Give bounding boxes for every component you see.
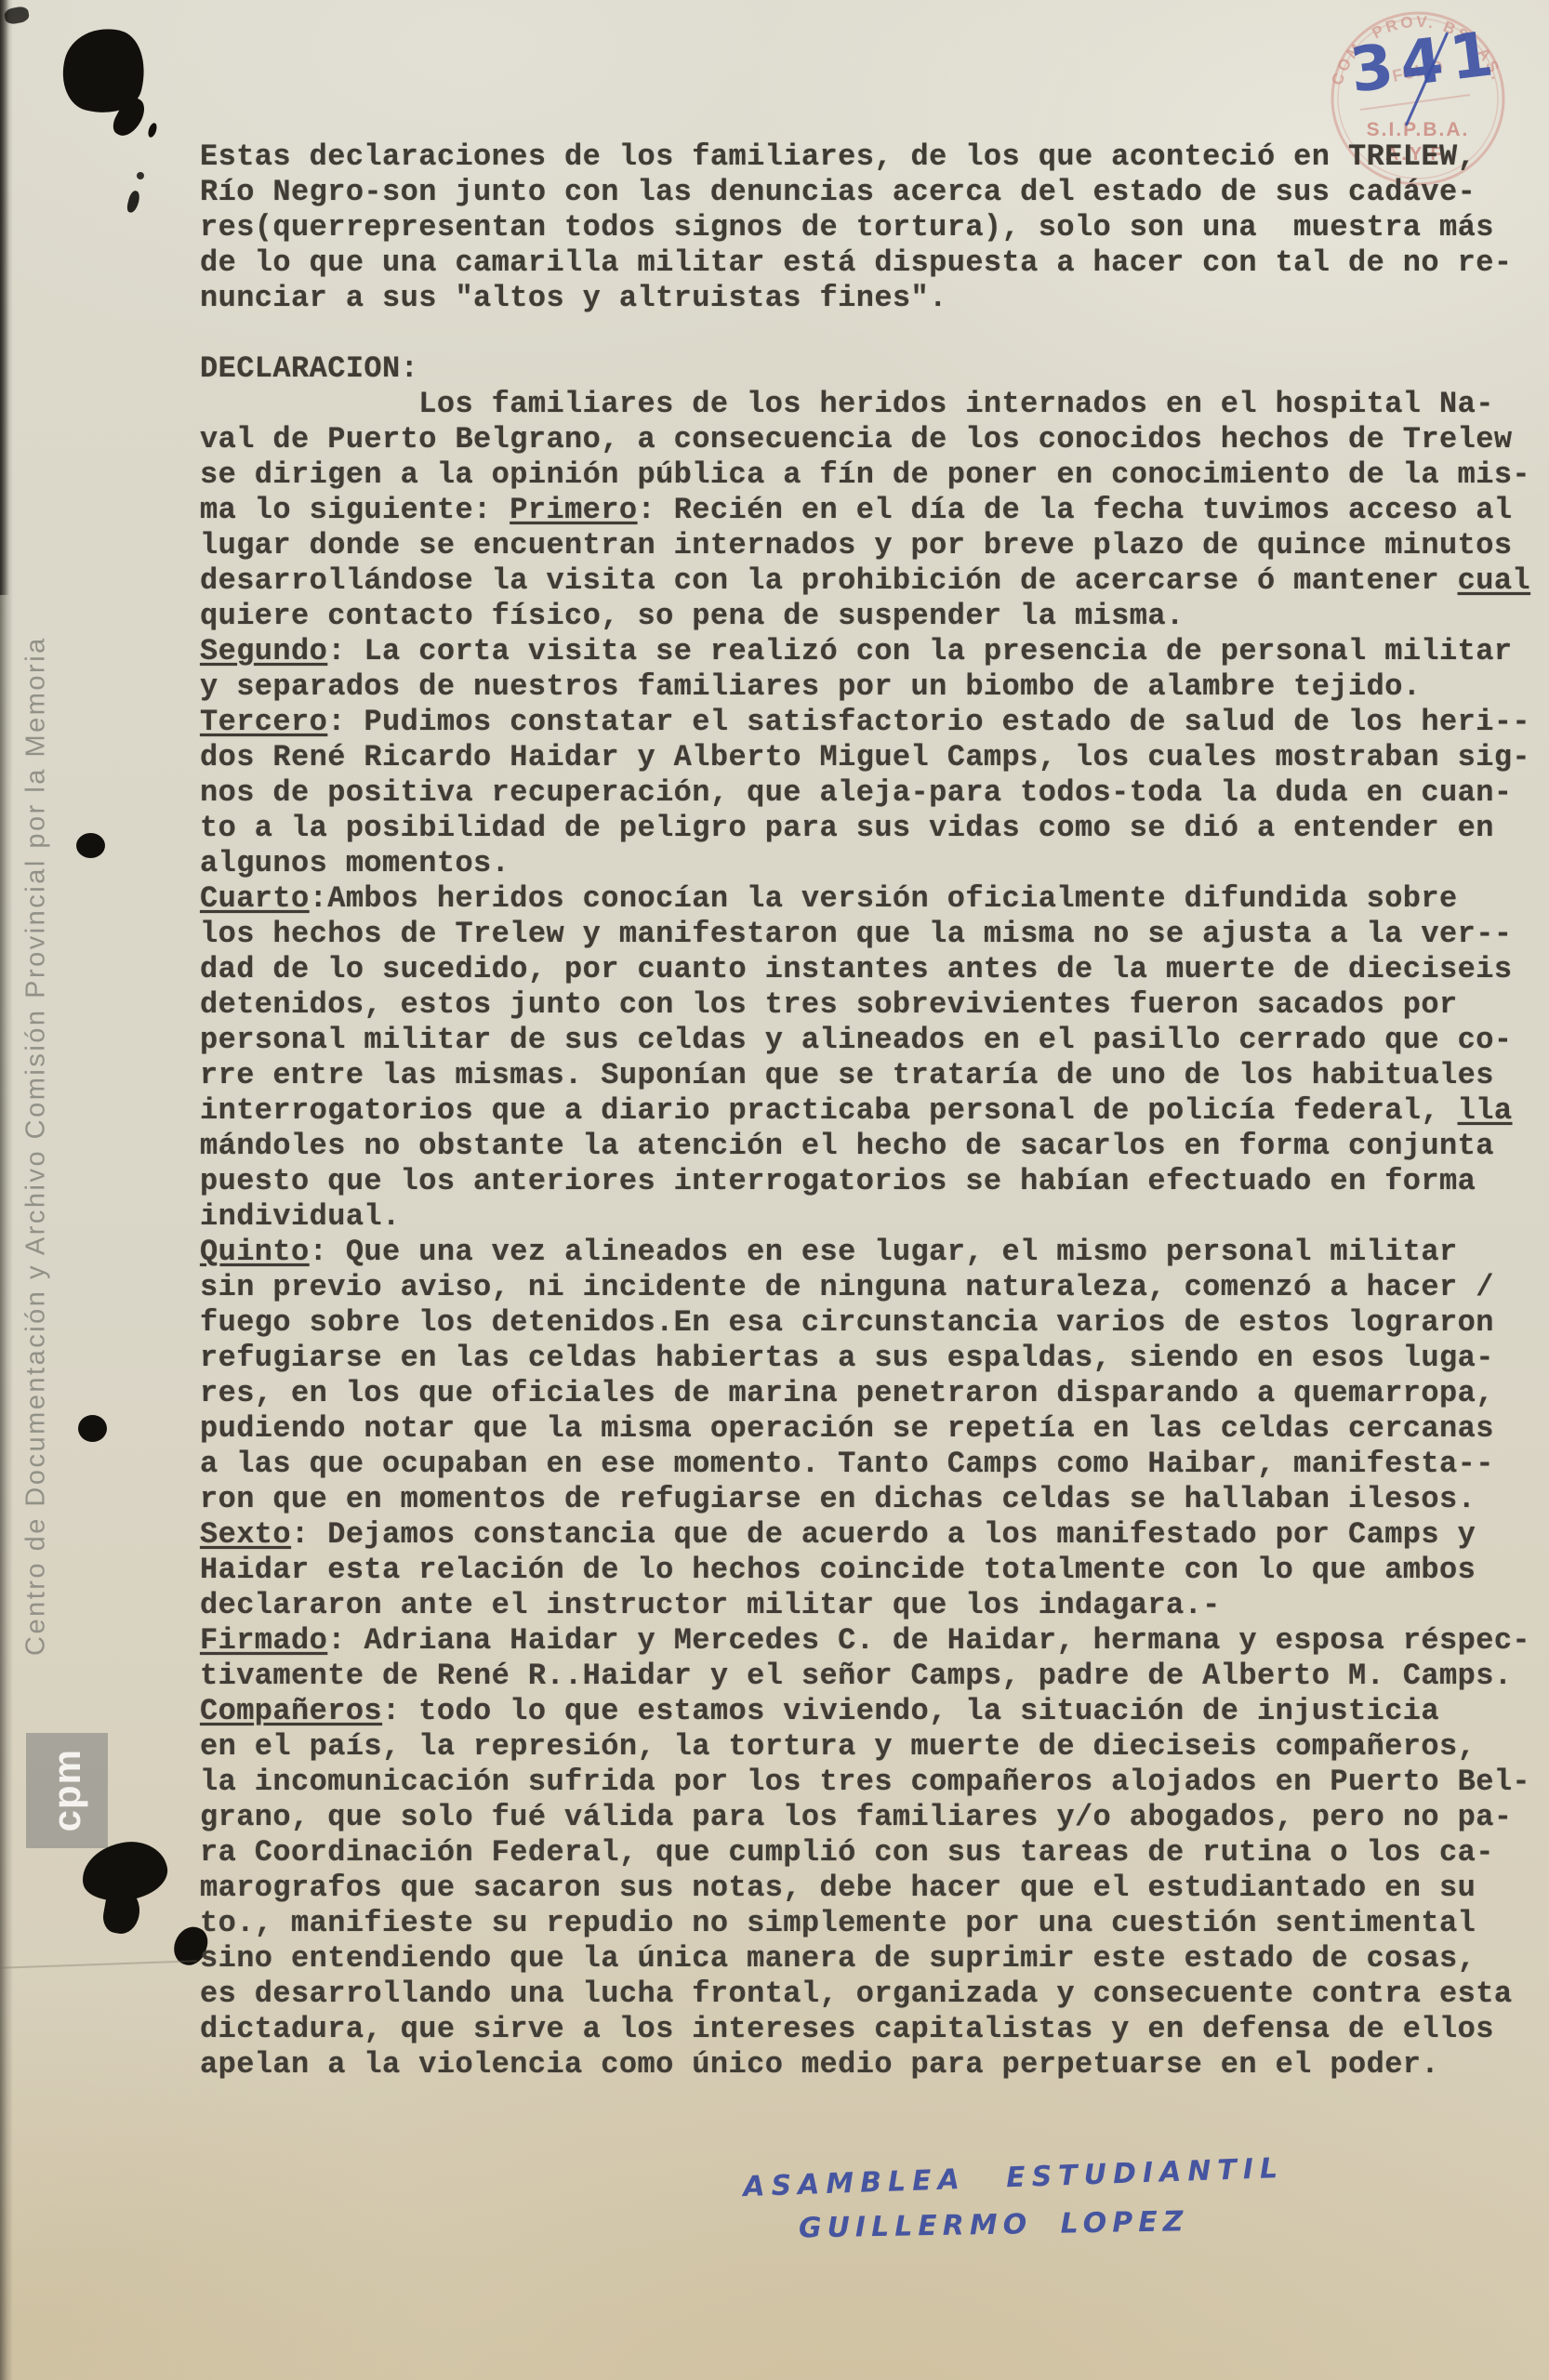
archive-logo-text: cpm xyxy=(45,1749,89,1831)
typewritten-line: dad de lo sucedido, por cuanto instantes… xyxy=(200,952,1548,987)
line-text: : Que una vez alineados en ese lugar, el… xyxy=(310,1235,1458,1269)
line-text: apelan a la violencia como único medio p… xyxy=(200,2047,1439,2082)
typewritten-line: Los familiares de los heridos internados… xyxy=(200,387,1548,422)
line-text: ron que en momentos de refugiarse en dic… xyxy=(200,1482,1476,1516)
line-text: Estas declaraciones de los familiares, d… xyxy=(200,139,1476,174)
typewritten-line: tivamente de René R..Haidar y el señor C… xyxy=(200,1659,1548,1694)
scan-edge-shadow-top xyxy=(0,0,9,595)
ink-speck xyxy=(147,122,159,139)
line-text: en el país, la represión, la tortura y m… xyxy=(200,1729,1476,1764)
line-text: pudiendo notar que la misma operación se… xyxy=(200,1411,1494,1446)
archive-watermark: Centro de Documentación y Archivo Comisi… xyxy=(15,521,58,1771)
typewritten-line: detenidos, estos junto con los tres sobr… xyxy=(200,987,1548,1023)
typewritten-line: quiere contacto físico, so pena de suspe… xyxy=(200,599,1548,634)
typewritten-line: dictadura, que sirve a los intereses cap… xyxy=(200,2012,1548,2047)
typewritten-line: Tercero: Pudimos constatar el satisfacto… xyxy=(200,705,1548,740)
line-text: : La corta visita se realizó con la pres… xyxy=(327,634,1512,668)
underlined-keyword: lla xyxy=(1458,1093,1513,1128)
line-text: DECLARACION: xyxy=(200,351,418,386)
line-text: los hechos de Trelew y manifestaron que … xyxy=(200,917,1512,951)
typewritten-line: nos de positiva recuperación, que aleja-… xyxy=(200,775,1548,811)
typewritten-line: los hechos de Trelew y manifestaron que … xyxy=(200,917,1548,952)
handwritten-signature: ASAMBLEA ESTUDIANTIL GUILLERMO LOPEZ xyxy=(743,2152,1287,2251)
typewritten-line xyxy=(200,316,1548,351)
underlined-keyword: Firmado xyxy=(200,1623,327,1658)
line-text: res(querrepresentan todos signos de tort… xyxy=(200,210,1494,245)
typewritten-line: se dirigen a la opinión pública a fín de… xyxy=(200,457,1548,493)
typewritten-line: desarrollándose la visita con la prohibi… xyxy=(200,563,1548,599)
typewritten-line: la incomunicación sufrida por los tres c… xyxy=(200,1765,1548,1800)
line-text: es desarrollando una lucha frontal, orga… xyxy=(200,1977,1512,2011)
typewritten-line: Cuarto:Ambos heridos conocían la versión… xyxy=(200,881,1548,917)
punch-hole-dot xyxy=(76,833,105,858)
line-text: to., manifieste su repudio no simplement… xyxy=(200,1906,1476,1940)
line-text: val de Puerto Belgrano, a consecuencia d… xyxy=(200,422,1512,456)
scanned-document-page: Centro de Documentación y Archivo Comisi… xyxy=(0,0,1549,2380)
punch-hole-dot xyxy=(78,1415,107,1442)
typewritten-line: mándoles no obstante la atención el hech… xyxy=(200,1129,1548,1164)
line-text: Río Negro-son junto con las denuncias ac… xyxy=(200,175,1476,209)
typewritten-line: sin previo aviso, ni incidente de ningun… xyxy=(200,1270,1548,1305)
line-text: se dirigen a la opinión pública a fín de… xyxy=(200,457,1530,492)
typewritten-line: es desarrollando una lucha frontal, orga… xyxy=(200,1977,1548,2012)
line-text: lugar donde se encuentran internados y p… xyxy=(200,528,1512,562)
line-text: :Ambos heridos conocían la versión ofici… xyxy=(310,881,1458,916)
typewritten-line: to a la posibilidad de peligro para sus … xyxy=(200,811,1548,846)
typewritten-line: fuego sobre los detenidos.En esa circuns… xyxy=(200,1305,1548,1341)
typewritten-line: interrogatorios que a diario practicaba … xyxy=(200,1093,1548,1129)
signature-organization: ASAMBLEA ESTUDIANTIL xyxy=(743,2152,1285,2203)
line-text: res, en los que oficiales de marina pene… xyxy=(200,1376,1494,1410)
underlined-keyword: Quinto xyxy=(200,1235,310,1269)
line-text: : Recién en el día de la fecha tuvimos a… xyxy=(638,493,1513,527)
typewritten-line: en el país, la represión, la tortura y m… xyxy=(200,1729,1548,1765)
line-text: nos de positiva recuperación, que aleja-… xyxy=(200,775,1512,810)
typewritten-line: algunos momentos. xyxy=(200,846,1548,881)
typewritten-line: ra Coordinación Federal, que cumplió con… xyxy=(200,1835,1548,1871)
line-text: puesto que los anteriores interrogatorio… xyxy=(200,1164,1476,1198)
typewritten-line: DECLARACION: xyxy=(200,351,1548,387)
line-text: grano, que solo fué válida para los fami… xyxy=(200,1800,1512,1834)
typewritten-line: de lo que una camarilla militar está dis… xyxy=(200,245,1548,281)
line-text: sino entendiendo que la única manera de … xyxy=(200,1941,1476,1976)
line-text: to a la posibilidad de peligro para sus … xyxy=(200,811,1494,845)
archive-logo: cpm xyxy=(26,1733,108,1848)
typewritten-line: Firmado: Adriana Haidar y Mercedes C. de… xyxy=(200,1623,1548,1659)
line-text: dictadura, que sirve a los intereses cap… xyxy=(200,2012,1494,2046)
ink-speck xyxy=(137,172,144,179)
line-text: ra Coordinación Federal, que cumplió con… xyxy=(200,1835,1494,1870)
typewritten-line: lugar donde se encuentran internados y p… xyxy=(200,528,1548,563)
line-text: ma lo siguiente: xyxy=(200,493,510,527)
typewritten-line: individual. xyxy=(200,1199,1548,1235)
line-text: tivamente de René R..Haidar y el señor C… xyxy=(200,1659,1512,1693)
typewritten-line: grano, que solo fué válida para los fami… xyxy=(200,1800,1548,1835)
typewritten-line: Segundo: La corta visita se realizó con … xyxy=(200,634,1548,669)
line-text: refugiarse en las celdas habiertas a sus… xyxy=(200,1341,1494,1375)
stamp-org-line1: S.I.P.B.A. xyxy=(1367,119,1470,140)
underlined-keyword: Compañeros xyxy=(200,1694,382,1728)
typewritten-line: rre entre las mismas. Suponían que se tr… xyxy=(200,1058,1548,1093)
typewritten-line: declararon ante el instructor militar qu… xyxy=(200,1588,1548,1623)
typewritten-line: y separados de nuestros familiares por u… xyxy=(200,669,1548,705)
typewritten-line: Compañeros: todo lo que estamos viviendo… xyxy=(200,1694,1548,1729)
line-text: rre entre las mismas. Suponían que se tr… xyxy=(200,1058,1494,1092)
typewritten-line: sino entendiendo que la única manera de … xyxy=(200,1941,1548,1977)
typewritten-line: to., manifieste su repudio no simplement… xyxy=(200,1906,1548,1941)
line-text: algunos momentos. xyxy=(200,846,510,880)
typewritten-line: dos René Ricardo Haidar y Alberto Miguel… xyxy=(200,740,1548,775)
line-text: sin previo aviso, ni incidente de ningun… xyxy=(200,1270,1494,1304)
underlined-keyword: Segundo xyxy=(200,634,327,668)
line-text: : Dejamos constancia que de acuerdo a lo… xyxy=(291,1517,1476,1552)
underlined-keyword: Sexto xyxy=(200,1517,291,1552)
line-text: interrogatorios que a diario practicaba … xyxy=(200,1093,1458,1128)
line-text: Los familiares de los heridos internados… xyxy=(200,387,1494,421)
line-text: Haidar esta relación de lo hechos coinci… xyxy=(200,1553,1476,1587)
typewritten-line: puesto que los anteriores interrogatorio… xyxy=(200,1164,1548,1199)
line-text: fuego sobre los detenidos.En esa circuns… xyxy=(200,1305,1494,1340)
line-text: individual. xyxy=(200,1199,401,1234)
typewritten-line: val de Puerto Belgrano, a consecuencia d… xyxy=(200,422,1548,457)
typewritten-line: a las que ocupaban en ese momento. Tanto… xyxy=(200,1447,1548,1482)
line-text: dad de lo sucedido, por cuanto instantes… xyxy=(200,952,1512,986)
typewritten-line: Río Negro-son junto con las denuncias ac… xyxy=(200,175,1548,210)
paper-crease xyxy=(0,1960,197,1968)
line-text: personal militar de sus celdas y alinead… xyxy=(200,1023,1512,1057)
signature-name: GUILLERMO LOPEZ xyxy=(799,2203,1287,2244)
typewritten-line: res(querrepresentan todos signos de tort… xyxy=(200,210,1548,245)
line-text: de lo que una camarilla militar está dis… xyxy=(200,245,1512,280)
typewritten-line: personal militar de sus celdas y alinead… xyxy=(200,1023,1548,1058)
typewritten-line: ron que en momentos de refugiarse en dic… xyxy=(200,1482,1548,1517)
line-text: : Adriana Haidar y Mercedes C. de Haidar… xyxy=(327,1623,1530,1658)
line-text: marografos que sacaron sus notas, debe h… xyxy=(200,1871,1476,1905)
ink-speck xyxy=(126,190,140,214)
underlined-keyword: Primero xyxy=(510,493,637,527)
line-text: : todo lo que estamos viviendo, la situa… xyxy=(382,1694,1439,1728)
line-text: dos René Ricardo Haidar y Alberto Miguel… xyxy=(200,740,1530,774)
typewritten-line: Quinto: Que una vez alineados en ese lug… xyxy=(200,1235,1548,1270)
typewritten-line: Haidar esta relación de lo hechos coinci… xyxy=(200,1553,1548,1588)
typewritten-line: marografos que sacaron sus notas, debe h… xyxy=(200,1871,1548,1906)
typewritten-text: Estas declaraciones de los familiares, d… xyxy=(200,139,1548,2082)
typewritten-line: nunciar a sus "altos y altruistas fines"… xyxy=(200,281,1548,316)
line-text: la incomunicación sufrida por los tres c… xyxy=(200,1765,1530,1799)
typewritten-line: refugiarse en las celdas habiertas a sus… xyxy=(200,1341,1548,1376)
typewritten-line: Estas declaraciones de los familiares, d… xyxy=(200,139,1548,175)
line-text: : Pudimos constatar el satisfactorio est… xyxy=(327,705,1530,739)
underlined-keyword: cual xyxy=(1458,563,1530,598)
typewritten-line: ma lo siguiente: Primero: Recién en el d… xyxy=(200,493,1548,528)
underlined-keyword: Tercero xyxy=(200,705,327,739)
line-text: nunciar a sus "altos y altruistas fines"… xyxy=(200,281,947,315)
line-text: a las que ocupaban en ese momento. Tanto… xyxy=(200,1447,1494,1481)
line-text: desarrollándose la visita con la prohibi… xyxy=(200,563,1458,598)
line-text: quiere contacto físico, so pena de suspe… xyxy=(200,599,1185,633)
underlined-keyword: Cuarto xyxy=(200,881,310,916)
line-text: y separados de nuestros familiares por u… xyxy=(200,669,1421,704)
line-text: declararon ante el instructor militar qu… xyxy=(200,1588,1221,1622)
line-text: detenidos, estos junto con los tres sobr… xyxy=(200,987,1458,1022)
typewritten-line: apelan a la violencia como único medio p… xyxy=(200,2047,1548,2082)
typewritten-line: pudiendo notar que la misma operación se… xyxy=(200,1411,1548,1447)
typewritten-line: Sexto: Dejamos constancia que de acuerdo… xyxy=(200,1517,1548,1553)
line-text: mándoles no obstante la atención el hech… xyxy=(200,1129,1494,1163)
typewritten-line: res, en los que oficiales de marina pene… xyxy=(200,1376,1548,1411)
